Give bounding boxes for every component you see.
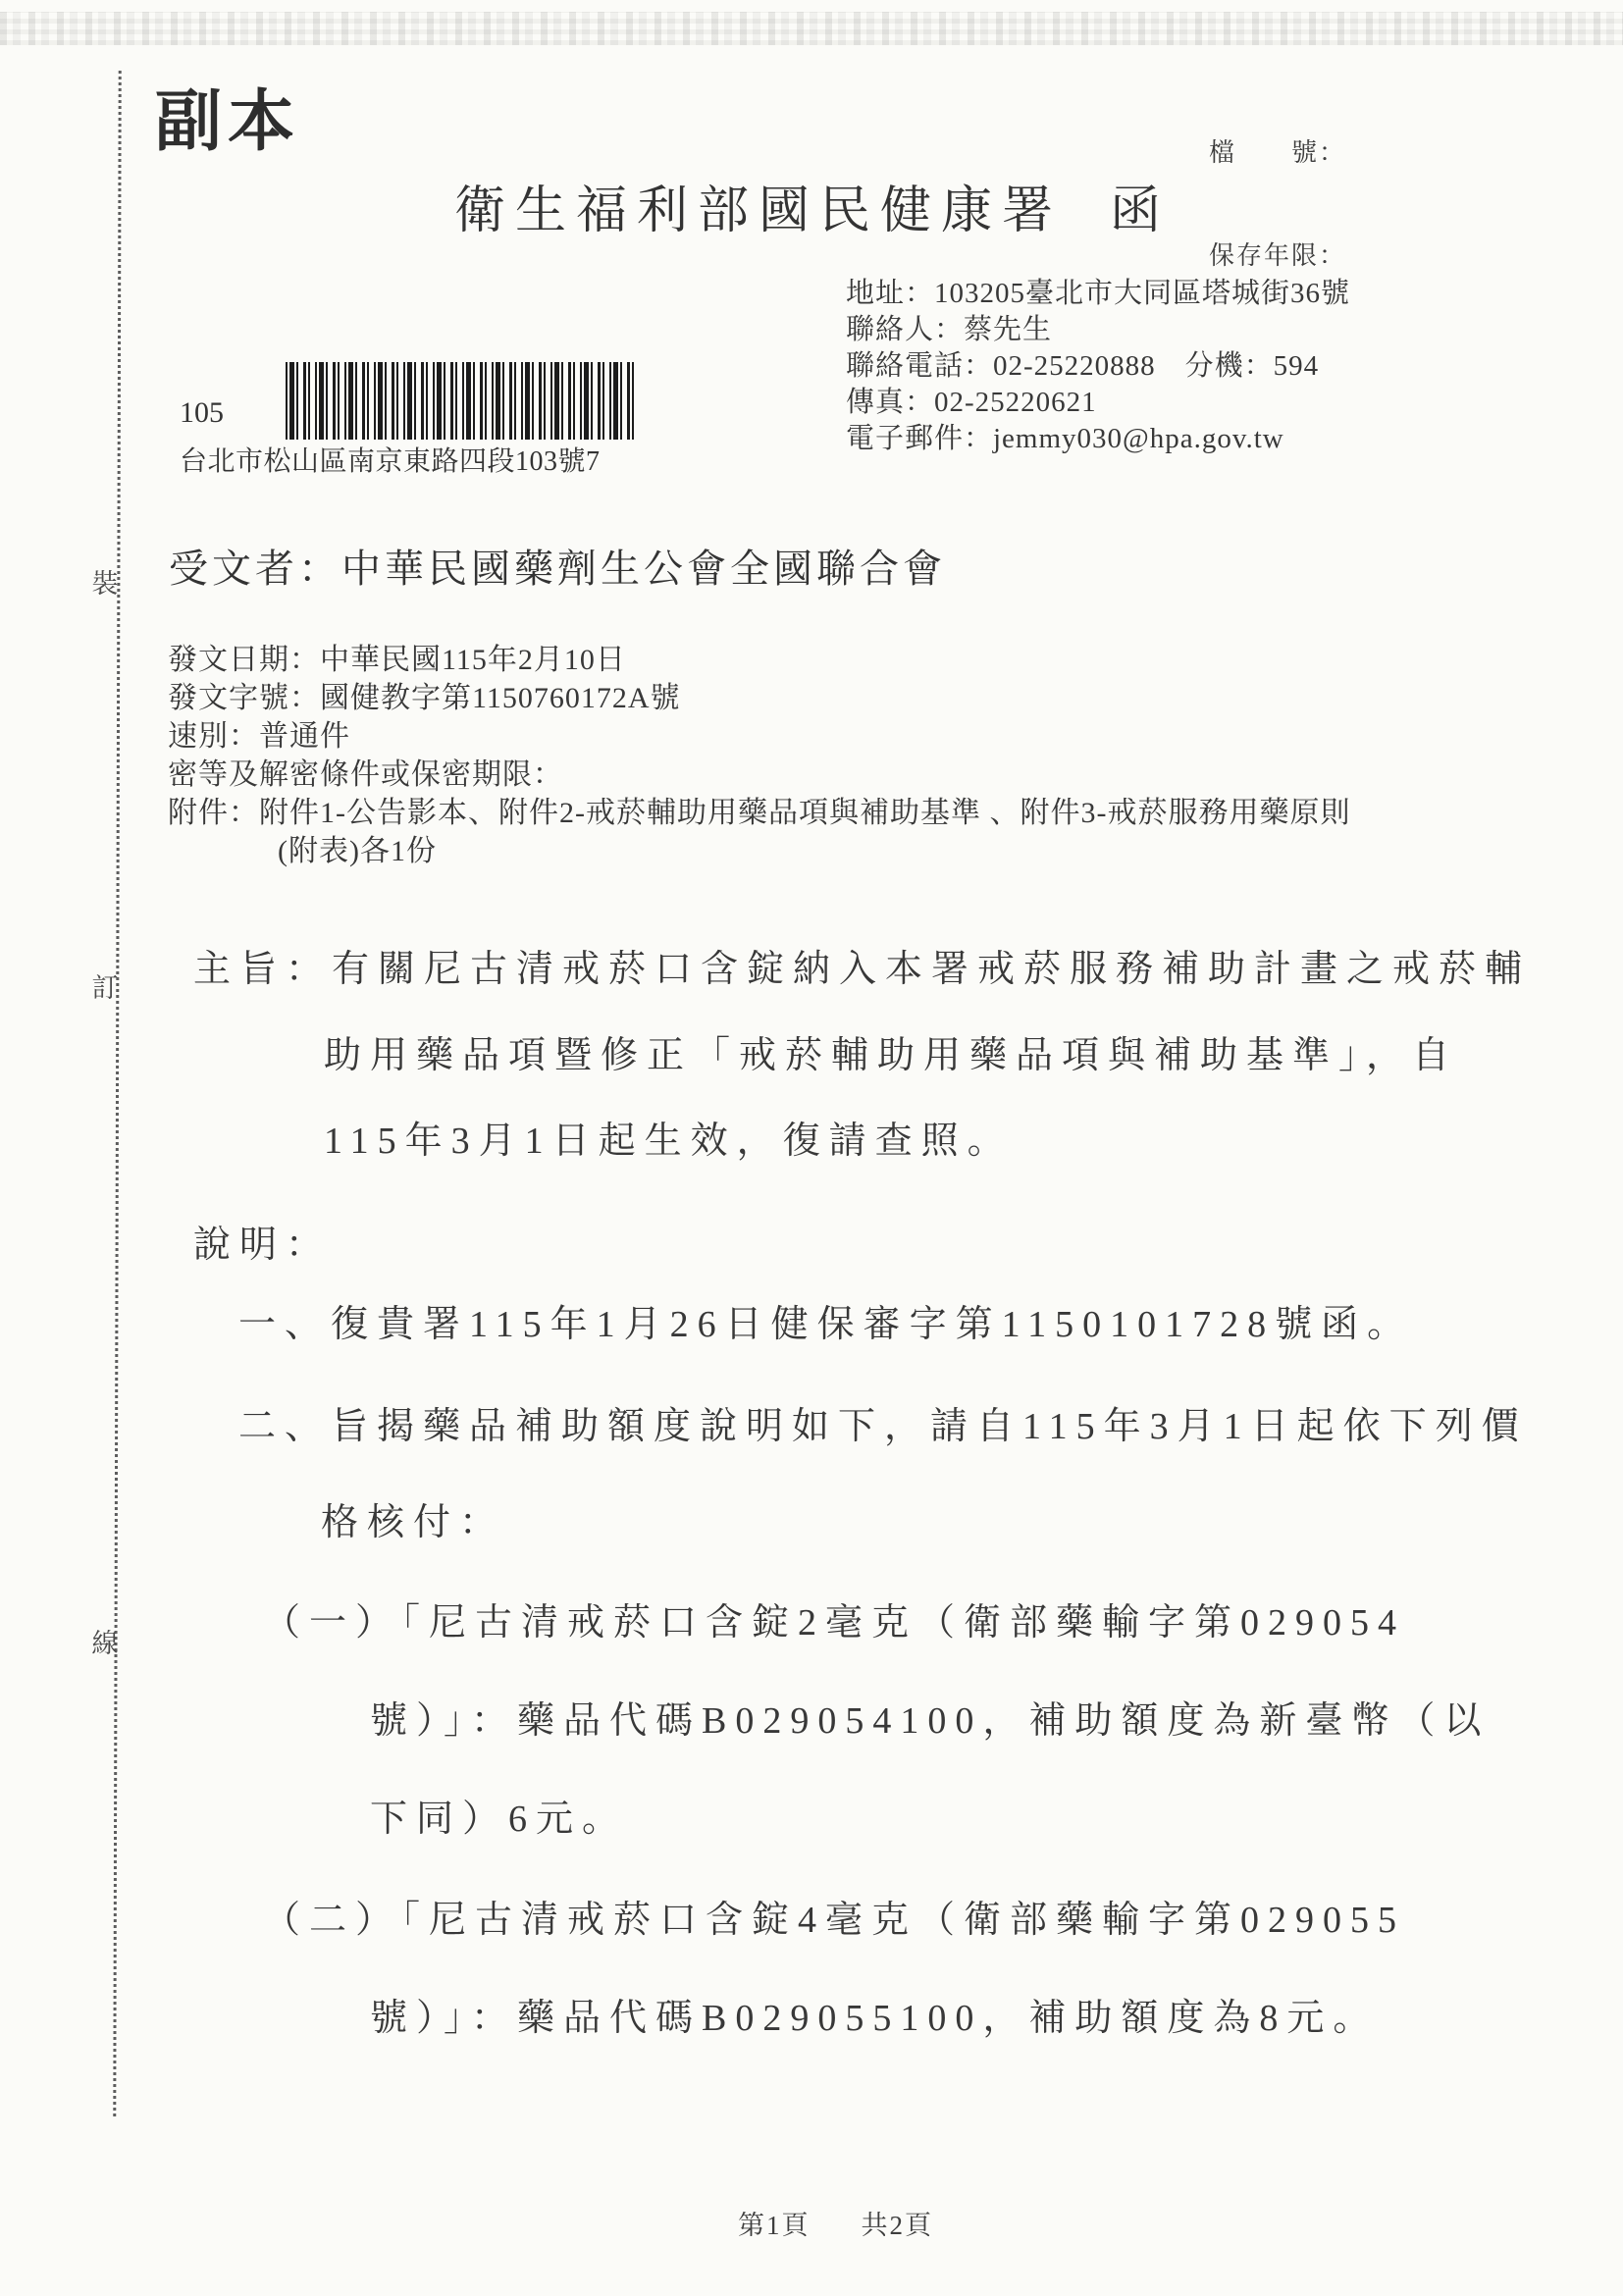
postal-code: 105 [180,396,224,430]
copy-stamp: 副本 [155,69,300,164]
explanation-sub-1-line-2: 號）」：藥品代碼B029054100，補助額度為新臺幣（以 [370,1690,1490,1744]
binding-mark-zhuang: 裝 [82,562,128,600]
explanation-item-2-line-1: 二、旨揭藥品補助額度說明如下，請自115年3月1日起依下列價 [238,1395,1528,1449]
binding-mark-xian: 線 [82,1622,128,1660]
footer-page-total: 共2頁 [862,2211,934,2240]
doc-number-line: 發文字號：國健教字第1150760172A號 [168,679,1561,717]
document-type: 函 [1110,183,1171,239]
explanation-label: 說明： [193,1214,332,1268]
attachments-line-1: 附件：附件1-公告影本、附件2-戒菸輔助用藥品項與補助基準 、附件3-戒菸服務用… [168,794,1561,832]
sender-fax: 傳真：02-25220621 [846,385,1350,421]
explanation-sub-2-line-2: 號）」：藥品代碼B029055100，補助額度為8元。 [370,1987,1379,2041]
scanned-official-letter: 裝 訂 線 副本 衛生福利部國民健康署函 檔 號： 保存年限： 地址：10320… [0,0,1623,2296]
file-number-label: 檔 號： [1209,135,1346,170]
sender-contact-person: 聯絡人：蔡先生 [846,312,1350,348]
scan-noise-band [0,12,1623,45]
mailing-address: 台北市松山區南京東路四段103號7 [180,440,601,479]
attachments-line-2: (附表)各1份 [168,832,1561,870]
document-meta-block: 發文日期：中華民國115年2月10日 發文字號：國健教字第1150760172A… [168,641,1561,870]
footer-page-current: 第1頁 [738,2211,811,2240]
explanation-item-1: 一、復貴署115年1月26日健保審字第1150101728號函。 [238,1293,1413,1347]
binding-dotted-line [113,71,121,2116]
subject-line-1: 主旨：有關尼古清戒菸口含錠納入本署戒菸服務補助計畫之戒菸輔 [193,938,1531,992]
sender-phone: 聯絡電話：02-25220888 分機：594 [846,348,1350,385]
subject-line-3: 115年3月1日起生效，復請查照。 [324,1110,1014,1164]
page-footer: 第1頁共2頁 [738,2204,933,2242]
subject-line-2: 助用藥品項暨修正「戒菸輔助用藥品項與補助基準」，自 [324,1024,1458,1078]
retention-label: 保存年限： [1209,238,1346,273]
document-title: 衛生福利部國民健康署函 [454,169,1171,242]
sender-address: 地址：103205臺北市大同區塔城街36號 [846,276,1350,312]
issuing-org-name: 衛生福利部國民健康署 [454,183,1063,239]
binding-mark-ding: 訂 [82,966,128,1005]
sender-contact-block: 地址：103205臺北市大同區塔城街36號 聯絡人：蔡先生 聯絡電話：02-25… [846,276,1350,457]
issue-date-line: 發文日期：中華民國115年2月10日 [168,641,1561,679]
recipient-line: 受文者：中華民國藥劑生公會全國聯合會 [169,538,946,594]
priority-line: 速別：普通件 [168,717,1561,756]
explanation-sub-1-line-3: 下同）6元。 [370,1788,628,1842]
subject-text-1: 有關尼古清戒菸口含錠納入本署戒菸服務補助計畫之戒菸輔 [332,949,1531,990]
explanation-sub-2-line-1: （二）「尼古清戒菸口含錠4毫克（衛部藥輸字第029055 [263,1889,1405,1943]
sender-email: 電子郵件：jemmy030@hpa.gov.tw [846,421,1350,457]
mailing-barcode [286,362,637,440]
security-line: 密等及解密條件或保密期限： [168,756,1561,794]
explanation-sub-1-line-1: （一）「尼古清戒菸口含錠2毫克（衛部藥輸字第029054 [263,1592,1405,1645]
subject-label: 主旨： [193,949,332,990]
explanation-item-2-line-2: 格核付： [321,1491,505,1545]
